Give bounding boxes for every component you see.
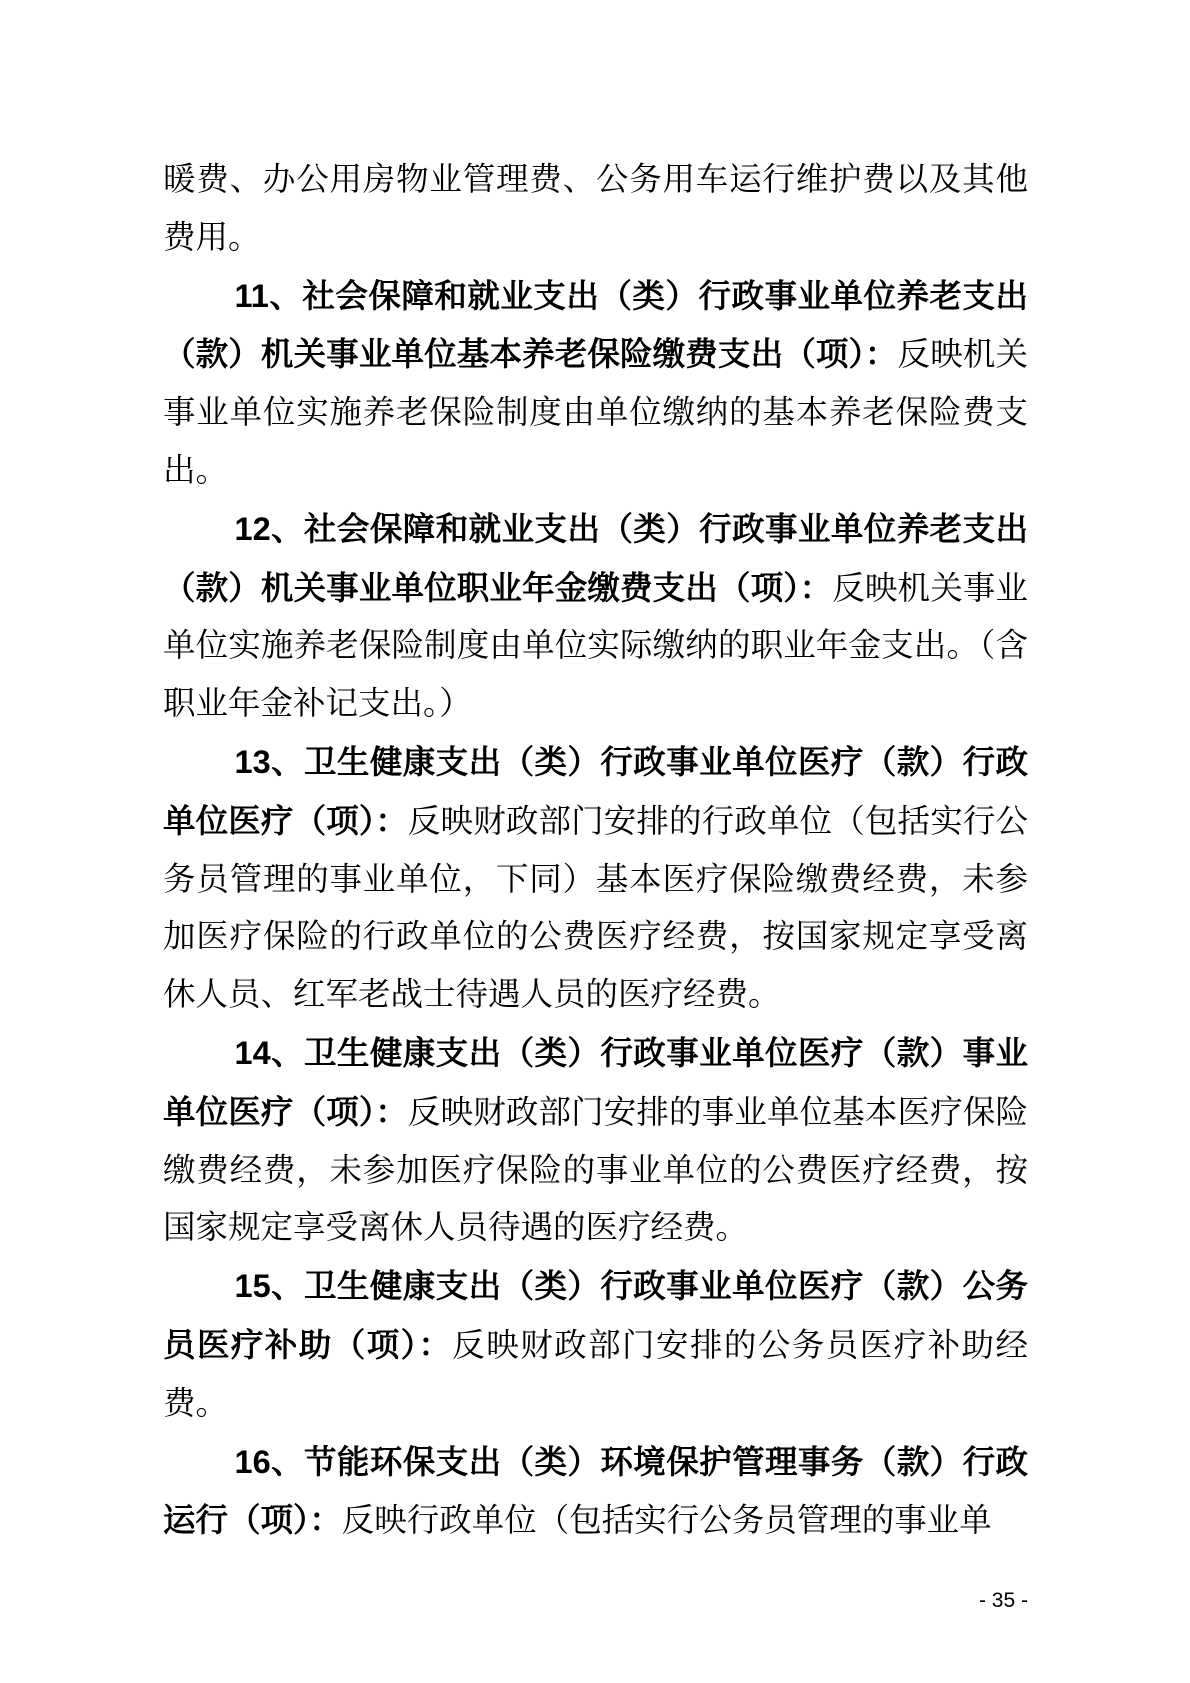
paragraph: 16、节能环保支出（类）环境保护管理事务（款）行政运行（项）：反映行政单位（包括… [163, 1434, 1028, 1552]
document-body: 暖费、办公用房物业管理费、公务用车运行维护费以及其他费用。11、社会保障和就业支… [163, 152, 1028, 1551]
paragraph: 13、卫生健康支出（类）行政事业单位医疗（款）行政单位医疗（项）：反映财政部门安… [163, 734, 1028, 1025]
page-number: - 35 - [163, 1588, 1028, 1614]
document-page: 暖费、办公用房物业管理费、公务用车运行维护费以及其他费用。11、社会保障和就业支… [0, 0, 1190, 1683]
paragraph: 14、卫生健康支出（类）行政事业单位医疗（款）事业单位医疗（项）：反映财政部门安… [163, 1025, 1028, 1258]
body-run: 反映行政单位（包括实行公务员管理的事业单 [342, 1503, 992, 1539]
body-run: 暖费、办公用房物业管理费、公务用车运行维护费以及其他费用。 [163, 162, 1028, 256]
paragraph: 暖费、办公用房物业管理费、公务用车运行维护费以及其他费用。 [163, 152, 1028, 268]
paragraph: 11、社会保障和就业支出（类）行政事业单位养老支出（款）机关事业单位基本养老保险… [163, 268, 1028, 501]
paragraph: 12、社会保障和就业支出（类）行政事业单位养老支出（款）机关事业单位职业年金缴费… [163, 501, 1028, 734]
paragraph: 15、卫生健康支出（类）行政事业单位医疗（款）公务员医疗补助（项）：反映财政部门… [163, 1258, 1028, 1433]
